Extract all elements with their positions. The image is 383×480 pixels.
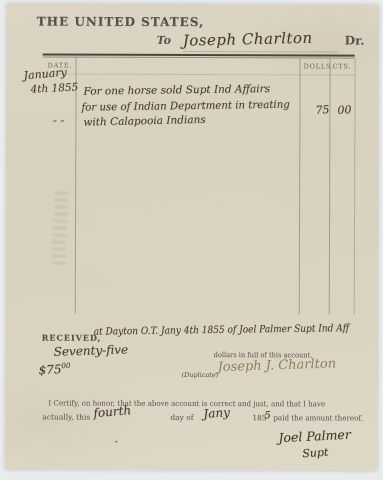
entry-date-ditto-marks: ” ”: [52, 120, 64, 130]
entry-date-day-year: 4th 1855: [30, 81, 78, 95]
scan-background: THE UNITED STATES, To Joseph Charlton Dr…: [0, 0, 383, 480]
entry-description-line3: with Calapooia Indians: [83, 114, 206, 129]
ink-bleed-through: [52, 191, 69, 267]
payee-receipt-signature: Joseph J. Charlton: [217, 356, 336, 375]
duplicate-note: (Duplicate): [182, 371, 219, 379]
table-vline-right: [354, 59, 356, 315]
column-header-cents: CTS.: [333, 62, 352, 70]
table-header-separator: [43, 73, 355, 75]
table-vline-cents: [329, 58, 331, 314]
entry-description-line1: For one horse sold Supt Ind Affairs: [83, 83, 270, 98]
certification-year-digit-handwritten: 5: [264, 410, 270, 421]
certification-closing: paid the amount thereof.: [273, 413, 363, 422]
document-paper: THE UNITED STATES, To Joseph Charlton Dr…: [5, 3, 379, 470]
debtor-abbrev: Dr.: [345, 34, 365, 48]
entry-description-line2: for use of Indian Department in treating: [81, 99, 289, 114]
amount-figures-handwritten: $7500: [38, 361, 71, 378]
amount-in-words-handwritten: Seventy-five: [53, 342, 128, 358]
header-rule-thin: [43, 56, 355, 58]
certification-day-of: day of: [170, 413, 193, 422]
certifier-signature: Joel Palmer: [278, 427, 351, 446]
entry-date-month: January: [23, 66, 67, 83]
to-label: To: [157, 34, 171, 47]
certifier-title: Supt: [302, 446, 329, 461]
payee-name-handwritten: Joseph Charlton: [183, 29, 313, 50]
amount-figures-dollars: $75: [38, 362, 62, 377]
certification-day-handwritten: fourth: [93, 403, 132, 420]
table-vline-dollars: [299, 58, 301, 314]
table-vline-date: [75, 58, 77, 314]
amount-figures-cents: 00: [61, 361, 71, 370]
entry-amount-cents: 00: [337, 103, 352, 117]
certification-line1: I Certify, on honor, that the above acco…: [48, 398, 325, 408]
received-label: RECEIVED,: [42, 332, 102, 342]
entry-amount-dollars: 75: [315, 103, 330, 117]
certification-month-handwritten: Jany: [203, 405, 230, 421]
certification-actually-this: actually, this: [42, 412, 90, 421]
stray-ink-dot: [115, 441, 117, 443]
payee-name-baseline: [183, 51, 339, 53]
creditor-title: THE UNITED STATES,: [37, 14, 204, 29]
received-details-handwritten: at Dayton O.T. Jany 4th 1855 of Joel Pal…: [94, 323, 350, 338]
